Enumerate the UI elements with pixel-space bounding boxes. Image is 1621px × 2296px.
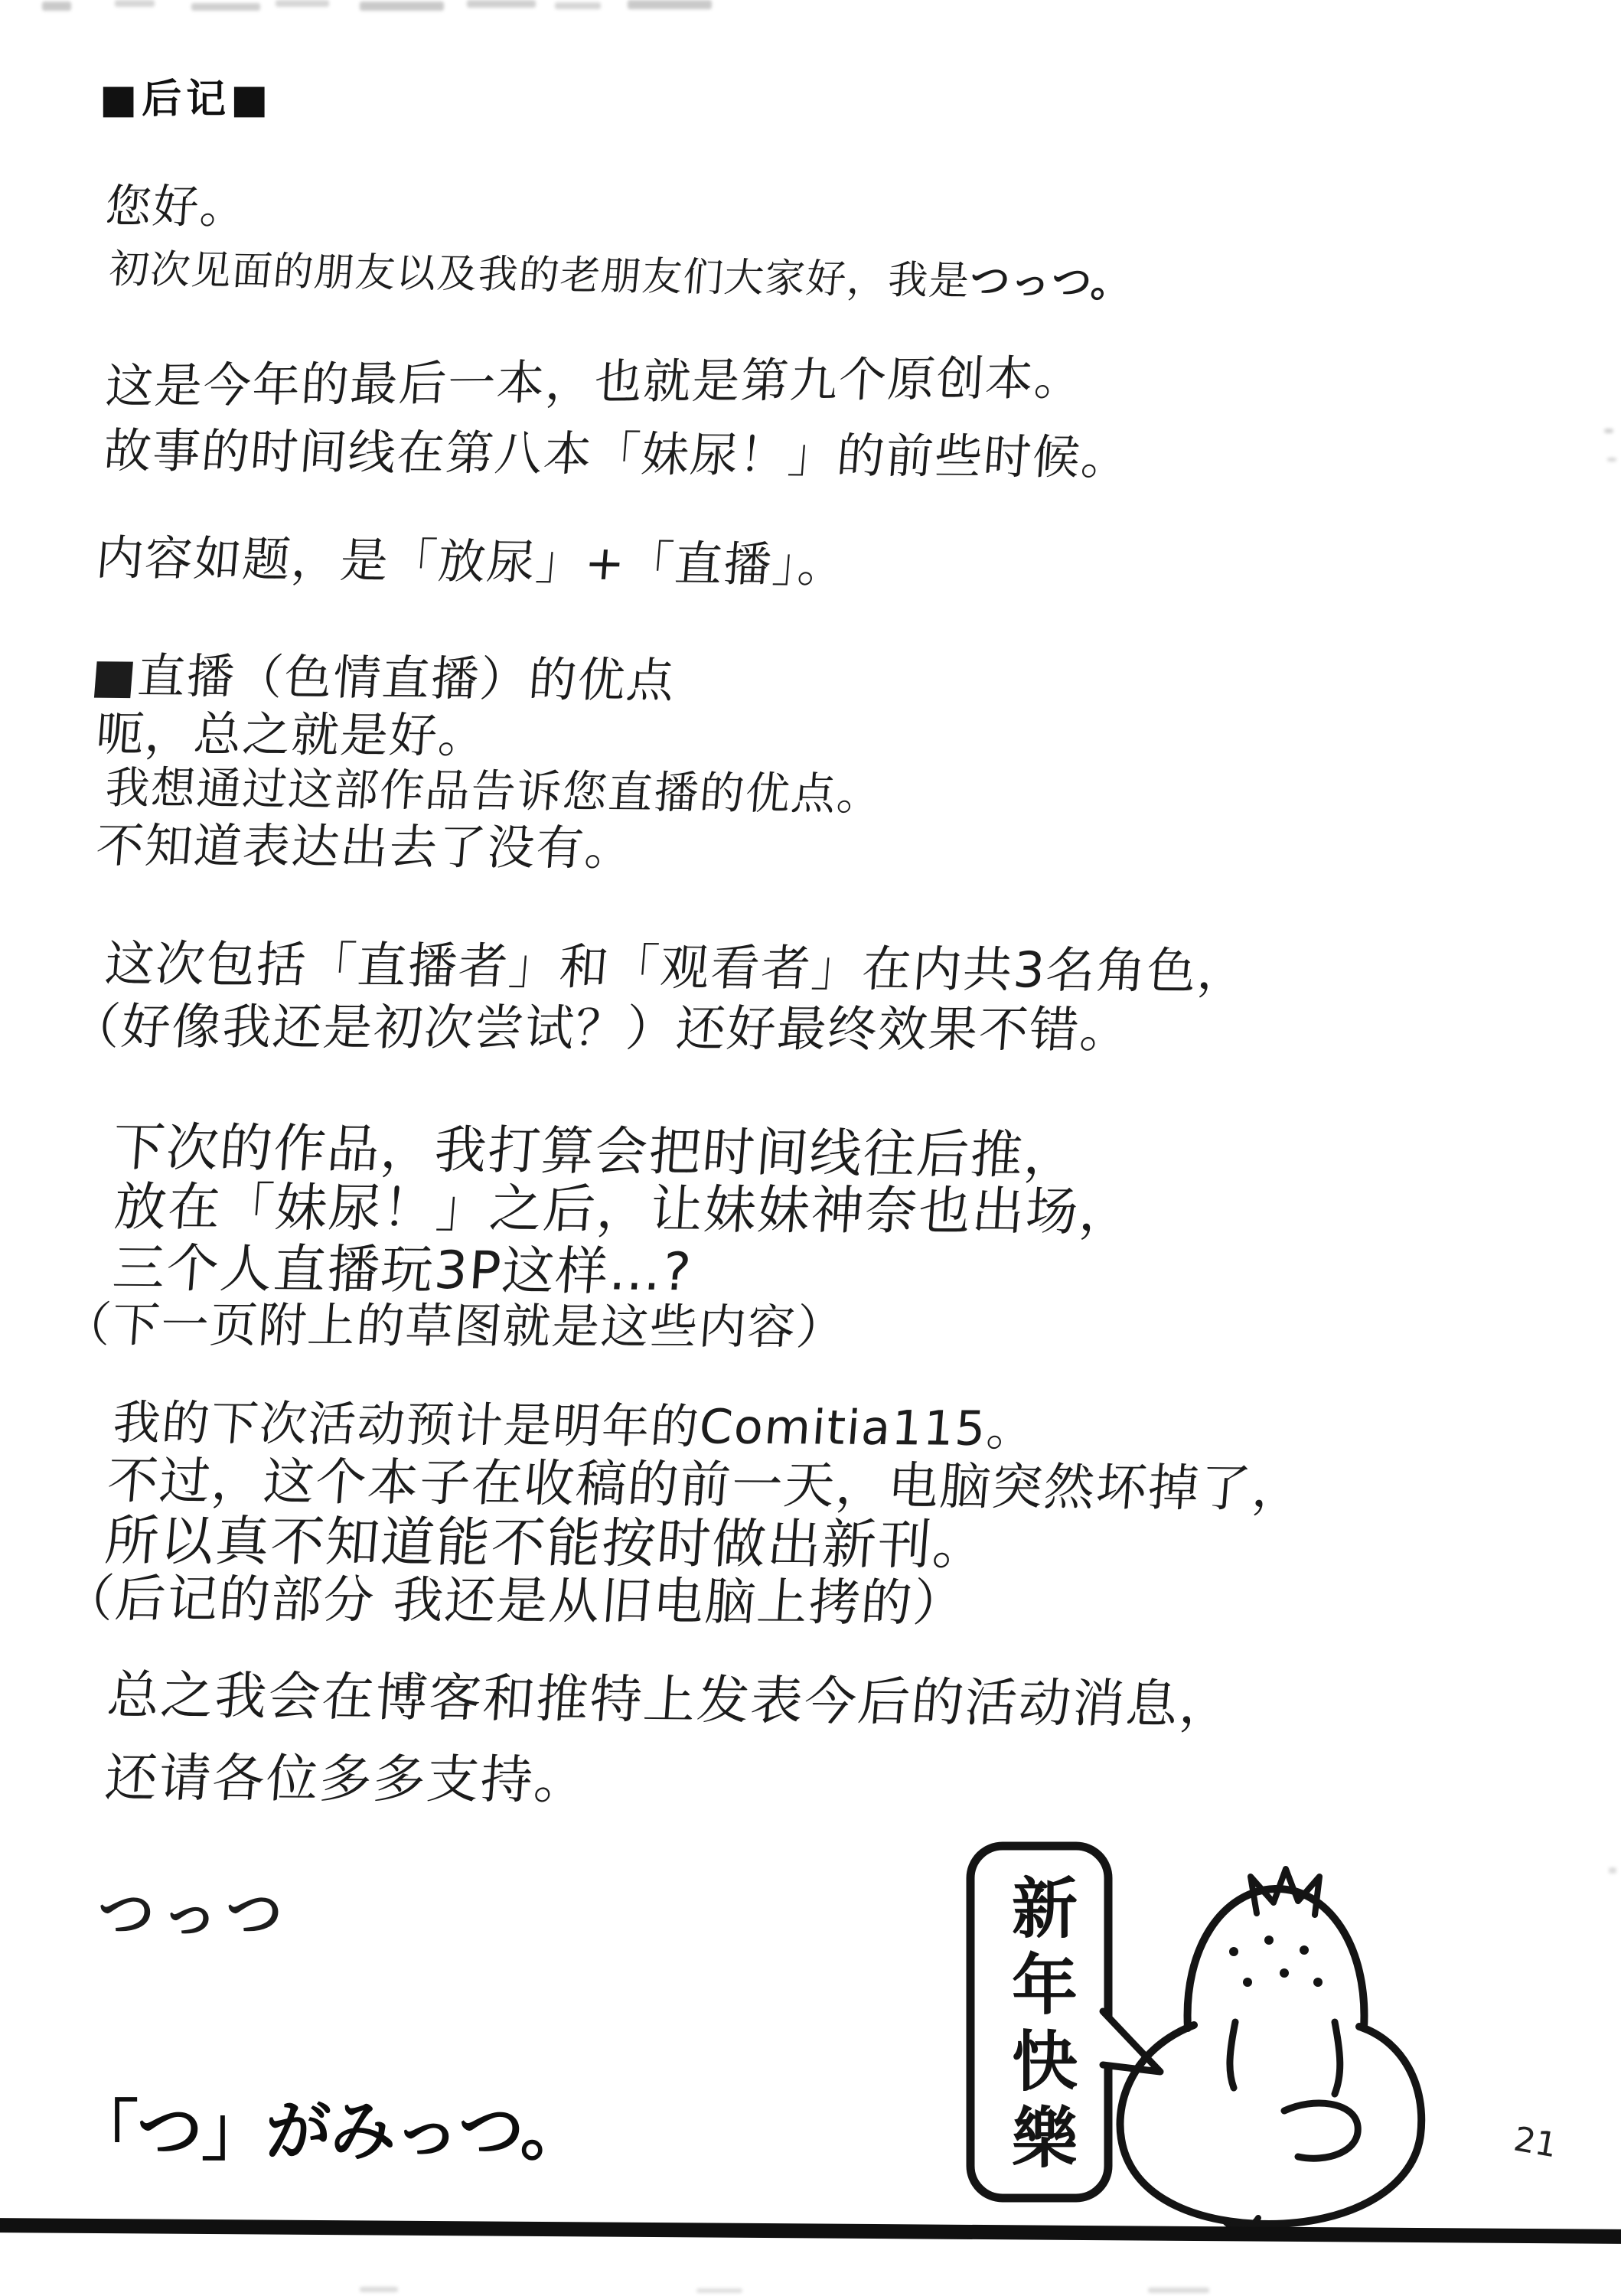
page-number: 21 [1512, 2122, 1560, 2163]
afterword-line: 内容如题，是「放尿」+「直播」。 [94, 534, 849, 589]
afterword-line: 总之我会在博客和推特上发表今后的活动消息， [106, 1670, 1235, 1732]
afterword-line: 故事的时间线在第八本「妹尿！」的前些时候。 [102, 427, 1132, 481]
afterword-line: 我想通过这部作品告诉您直播的优点。 [103, 765, 884, 817]
scan-artifact [42, 2, 71, 11]
afterword-page: ■后记■ 您好。 初次见面的朋友以及我的老朋友们大家好，我是つっつ。 这是今年的… [0, 0, 1621, 2296]
scan-artifact [555, 2, 601, 9]
scan-artifact [1607, 458, 1616, 461]
afterword-line: （好像我还是初次尝试？）还好最终效果不错。 [69, 1003, 1132, 1055]
mascot-arm-left [1230, 2022, 1235, 2088]
afterword-line: 不过，这个本子在收稿的前一天，电脑突然坏掉了， [106, 1456, 1306, 1515]
afterword-line: 下次的作品，我打算会把时间线往后推， [111, 1122, 1080, 1182]
scan-artifact [360, 2287, 398, 2292]
afterword-line: 呃，总之就是好。 [94, 710, 489, 760]
mascot-face-dots [1229, 1936, 1323, 1987]
scan-artifact [360, 2, 444, 11]
afterword-line: 放在「妹尿！」之后，让妹妹神奈也出场， [113, 1182, 1135, 1239]
intro-text: 初次见面的朋友以及我的老朋友们大家好，我是 [107, 246, 972, 305]
afterword-line: （后记的部分 我还是从旧电脑上拷的） [61, 1574, 967, 1629]
afterword-line: 还请各位多多支持。 [103, 1753, 589, 1807]
signature: つっつ [98, 1886, 290, 1942]
scan-artifact [467, 0, 536, 8]
scan-artifact [628, 0, 712, 9]
scan-artifact [115, 0, 155, 7]
afterword-line: 不知道表达出去了没有。 [94, 822, 635, 872]
scan-artifact [191, 3, 260, 11]
scan-artifact [696, 2288, 742, 2293]
circle-logo: 「つ」がみっつ。 [73, 2099, 585, 2164]
scan-artifact [1609, 1867, 1616, 1874]
afterword-line: ■直播（色情直播）的优点 [90, 652, 677, 705]
scan-artifact [1148, 2288, 1209, 2293]
afterword-line: 这次包括「直播者」和「观看者」在内共3名角色， [103, 940, 1250, 996]
mascot-arm-right [1335, 2022, 1340, 2094]
mascot-body [1120, 2025, 1422, 2224]
scan-artifact [276, 0, 329, 7]
mascot-tsu-mark [1284, 2103, 1358, 2158]
afterword-line: 三个人直播玩3P这样…? [111, 1243, 694, 1299]
afterword-line: （下一页附上的草图就是这些内容） [61, 1301, 846, 1352]
page-title: ■后记■ [99, 80, 272, 119]
scan-artifact [1604, 429, 1613, 433]
afterword-line: 这是今年的最后一本，也就是第九个原创本。 [104, 354, 1084, 410]
line-greeting: 您好。 [103, 184, 249, 230]
author-name: つっつ。 [968, 259, 1134, 307]
afterword-line: 我的下次活动预计是明年的Comitia115。 [111, 1399, 1037, 1453]
line-intro: 初次见面的朋友以及我的老朋友们大家好，我是つっつ。 [108, 249, 1134, 304]
mascot-head [1188, 1889, 1365, 2028]
speech-bubble-text: 新年快樂 [1006, 1874, 1071, 2180]
afterword-line: 所以真不知道能不能按时做出新刊。 [103, 1514, 990, 1572]
